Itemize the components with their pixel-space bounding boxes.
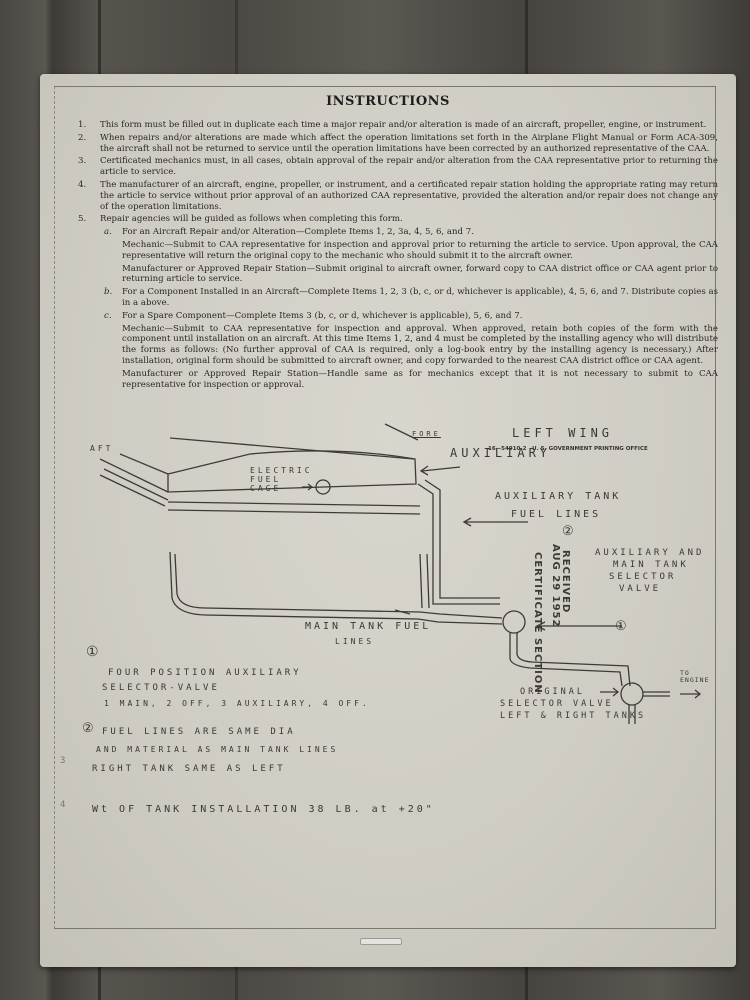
form-page: INSTRUCTIONS 1.This form must be filled … xyxy=(40,74,736,967)
note-marker-1: ① xyxy=(86,644,102,660)
label-aft: AFT xyxy=(90,444,113,453)
label-aux-fuel-lines: AUXILIARY TANK FUEL LINES xyxy=(495,488,621,524)
label-original-selector: ORIGINAL SELECTOR VALVE LEFT & RIGHT TAN… xyxy=(500,686,646,722)
certificate-section-stamp: CERTIFICATE SECTION xyxy=(532,552,543,694)
marker-2-diagram: ② xyxy=(562,524,577,539)
label-electric-fuel-cage: ELECTRIC FUEL CAGE xyxy=(250,466,313,493)
aux-selector-valve xyxy=(503,611,525,633)
received-stamp: RECEIVED xyxy=(560,550,571,613)
label-to-engine: TO ENGINE xyxy=(680,670,709,684)
note-1: FOUR POSITION AUXILIARY SELECTOR-VALVE 1… xyxy=(108,666,370,711)
label-main-tank-fuel-lines: MAIN TANK FUEL LINES xyxy=(305,619,431,649)
fuel-system-sketch xyxy=(40,74,736,967)
note-4: Wt OF TANK INSTALLATION 38 LB. at +20" xyxy=(92,804,435,815)
label-auxiliary: AUXILIARY xyxy=(450,446,551,460)
label-aux-main-selector: AUXILIARY AND MAIN TANK SELECTOR VALVE xyxy=(595,547,704,595)
note-marker-2: ② xyxy=(82,721,97,736)
note-marker-3: 3 xyxy=(60,756,68,766)
note-3: RIGHT TANK SAME AS LEFT xyxy=(92,764,286,774)
note-marker-4: 4 xyxy=(60,800,68,810)
marker-1-diagram: ① xyxy=(615,619,630,634)
note-2: FUEL LINES ARE SAME DIA AND MATERIAL AS … xyxy=(102,724,338,758)
label-left-wing: LEFT WING xyxy=(512,426,613,440)
label-fore: FORE xyxy=(412,430,441,438)
